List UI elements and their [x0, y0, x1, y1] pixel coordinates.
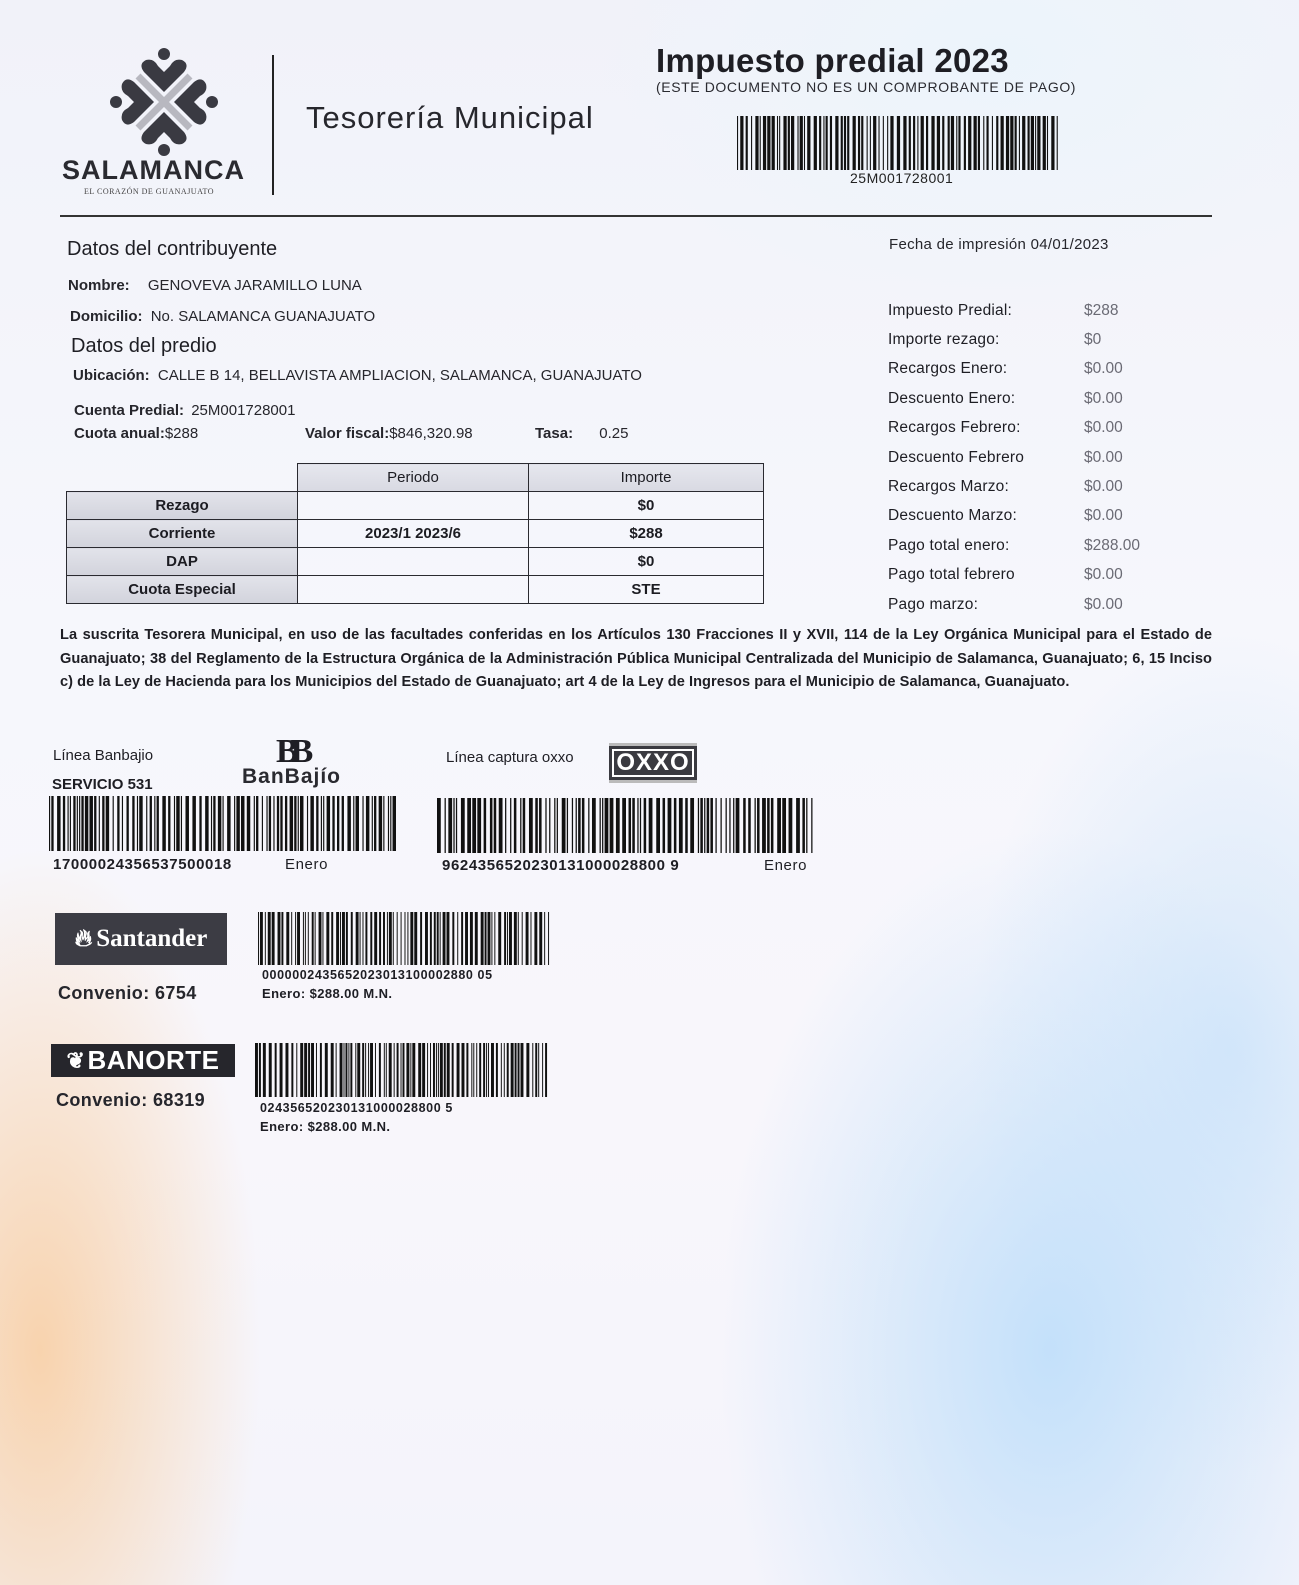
contributor-section-title: Datos del contribuyente: [67, 238, 277, 261]
summary-label: Descuento Marzo:: [888, 507, 1084, 525]
account-barcode-text: 25M001728001: [850, 170, 953, 186]
fiscal-value-row: Valor fiscal:$846,320.98: [305, 425, 473, 442]
table-header-row: Periodo Importe: [67, 464, 764, 492]
summary-value: $0.00: [1084, 596, 1123, 614]
department-name: Tesorería Municipal: [306, 100, 594, 136]
summary-row: Impuesto Predial:$288: [888, 296, 1140, 325]
banorte-logo: ❦ BANORTE: [51, 1044, 235, 1077]
banbajio-month: Enero: [285, 856, 328, 873]
name-label: Nombre:: [68, 277, 130, 294]
banbajio-service: SERVICIO 531: [52, 776, 153, 793]
summary-label: Pago total febrero: [888, 566, 1084, 584]
banorte-convenio-number: 68319: [153, 1090, 205, 1110]
santander-convenio-number: 6754: [155, 983, 197, 1003]
banbajio-barcode: [49, 796, 396, 851]
property-location: CALLE B 14, BELLAVISTA AMPLIACION, SALAM…: [158, 367, 642, 384]
row-period: [298, 548, 529, 576]
summary-row: Pago marzo:$0.00: [888, 590, 1140, 619]
location-label: Ubicación:: [73, 367, 150, 384]
salamanca-logo-icon: [108, 46, 220, 158]
summary-value: $0.00: [1084, 566, 1123, 584]
summary-value: $0.00: [1084, 507, 1123, 525]
summary-row: Recargos Febrero:$0.00: [888, 414, 1140, 443]
tax-breakdown-table: Periodo Importe Rezago $0 Corriente 2023…: [66, 463, 764, 604]
summary-row: Recargos Enero:$0.00: [888, 355, 1140, 384]
account-row: Cuenta Predial: 25M001728001: [74, 402, 295, 419]
summary-label: Recargos Febrero:: [888, 419, 1084, 437]
summary-label: Recargos Marzo:: [888, 478, 1084, 496]
oxxo-reference: 9624356520230131000028800 9: [442, 857, 679, 874]
row-concept: Cuota Especial: [67, 576, 298, 604]
account-number: 25M001728001: [191, 402, 295, 419]
header-divider: [272, 55, 274, 195]
table-row: Cuota Especial STE: [67, 576, 764, 604]
row-period: [298, 576, 529, 604]
municipality-name: SALAMANCA: [62, 155, 245, 186]
address-label: Domicilio:: [70, 308, 143, 325]
row-period: 2023/1 2023/6: [298, 520, 529, 548]
summary-row: Descuento Marzo:$0.00: [888, 502, 1140, 531]
column-header-importe: Importe: [529, 464, 764, 492]
summary-value: $0.00: [1084, 478, 1123, 496]
row-amount: $0: [529, 548, 764, 576]
document-title: Impuesto predial 2023: [656, 42, 1009, 80]
table-row: DAP $0: [67, 548, 764, 576]
santander-convenio-label: Convenio:: [58, 983, 150, 1003]
row-amount: $288: [529, 520, 764, 548]
annual-fee-row: Cuota anual:$288: [74, 425, 198, 442]
summary-value: $288: [1084, 302, 1118, 320]
annual-fee-label: Cuota anual:: [74, 425, 165, 442]
contributor-name: GENOVEVA JARAMILLO LUNA: [148, 277, 362, 294]
summary-label: Importe rezago:: [888, 331, 1084, 349]
legal-notice: La suscrita Tesorera Municipal, en uso d…: [60, 624, 1212, 695]
summary-label: Descuento Enero:: [888, 390, 1084, 408]
summary-row: Pago total enero:$288.00: [888, 531, 1140, 560]
santander-reference: 0000002435652023013100002880 05: [262, 968, 493, 982]
contributor-name-row: Nombre: GENOVEVA JARAMILLO LUNA: [68, 277, 362, 294]
account-barcode: [737, 116, 1061, 170]
summary-row: Recargos Marzo:$0.00: [888, 472, 1140, 501]
oxxo-logo-icon: OXXO: [609, 743, 697, 783]
rate-value: 0.25: [599, 425, 628, 442]
summary-row: Descuento Febrero$0.00: [888, 443, 1140, 472]
summary-value: $0.00: [1084, 360, 1123, 378]
row-concept: Corriente: [67, 520, 298, 548]
summary-label: Pago total enero:: [888, 537, 1084, 555]
banbajio-reference: 17000024356537500018: [53, 856, 232, 873]
banorte-logo-text: BANORTE: [87, 1045, 219, 1076]
row-amount: STE: [529, 576, 764, 604]
fiscal-value: $846,320.98: [389, 425, 472, 442]
summary-value: $0.00: [1084, 390, 1123, 408]
banorte-convenio: Convenio: 68319: [56, 1090, 205, 1111]
summary-value: $0.00: [1084, 419, 1123, 437]
summary-value: $0.00: [1084, 449, 1123, 467]
banorte-barcode: [255, 1043, 550, 1097]
santander-barcode: [258, 912, 551, 965]
row-concept: Rezago: [67, 492, 298, 520]
oxxo-barcode: [437, 798, 815, 853]
banorte-reference: 024356520230131000028800 5: [260, 1101, 453, 1115]
santander-flame-icon: 🔥︎: [75, 926, 93, 953]
account-label: Cuenta Predial:: [74, 402, 184, 419]
payment-summary: Impuesto Predial:$288Importe rezago:$0Re…: [888, 296, 1140, 619]
summary-label: Recargos Enero:: [888, 360, 1084, 378]
santander-logo: 🔥︎ Santander: [55, 913, 227, 965]
print-date: 04/01/2023: [1031, 236, 1109, 253]
row-amount: $0: [529, 492, 764, 520]
property-location-row: Ubicación: CALLE B 14, BELLAVISTA AMPLIA…: [73, 367, 642, 384]
contributor-address: No. SALAMANCA GUANAJUATO: [151, 308, 376, 325]
santander-amount: Enero: $288.00 M.N.: [262, 986, 392, 1001]
summary-row: Pago total febrero$0.00: [888, 561, 1140, 590]
oxxo-line-label: Línea captura oxxo: [446, 749, 574, 766]
summary-label: Pago marzo:: [888, 596, 1084, 614]
municipality-tagline: EL CORAZÓN DE GUANAJUATO: [84, 187, 214, 196]
summary-value: $0: [1084, 331, 1101, 349]
summary-value: $288.00: [1084, 537, 1140, 555]
rate-row: Tasa: 0.25: [535, 425, 628, 442]
print-date-row: Fecha de impresión 04/01/2023: [889, 236, 1109, 253]
santander-convenio: Convenio: 6754: [58, 983, 197, 1004]
oxxo-month: Enero: [764, 857, 807, 874]
annual-fee: $288: [165, 425, 198, 442]
banbajio-line-label: Línea Banbajio: [53, 747, 153, 764]
print-date-label: Fecha de impresión: [889, 236, 1026, 253]
banorte-convenio-label: Convenio:: [56, 1090, 148, 1110]
table-row: Corriente 2023/1 2023/6 $288: [67, 520, 764, 548]
banorte-mark-icon: ❦: [67, 1048, 86, 1074]
banbajio-logo-text: BanBajío: [242, 765, 341, 789]
document-subtitle: (ESTE DOCUMENTO NO ES UN COMPROBANTE DE …: [656, 79, 1076, 95]
summary-row: Importe rezago:$0: [888, 325, 1140, 354]
summary-label: Descuento Febrero: [888, 449, 1084, 467]
row-concept: DAP: [67, 548, 298, 576]
row-period: [298, 492, 529, 520]
table-row: Rezago $0: [67, 492, 764, 520]
oxxo-logo-text: OXXO: [612, 749, 693, 777]
header-rule: [60, 215, 1212, 217]
rate-label: Tasa:: [535, 425, 573, 442]
fiscal-value-label: Valor fiscal:: [305, 425, 389, 442]
banorte-amount: Enero: $288.00 M.N.: [260, 1119, 390, 1134]
contributor-address-row: Domicilio: No. SALAMANCA GUANAJUATO: [70, 308, 375, 325]
summary-label: Impuesto Predial:: [888, 302, 1084, 320]
property-section-title: Datos del predio: [71, 335, 217, 358]
santander-logo-text: Santander: [96, 925, 207, 953]
column-header-periodo: Periodo: [298, 464, 529, 492]
summary-row: Descuento Enero:$0.00: [888, 384, 1140, 413]
